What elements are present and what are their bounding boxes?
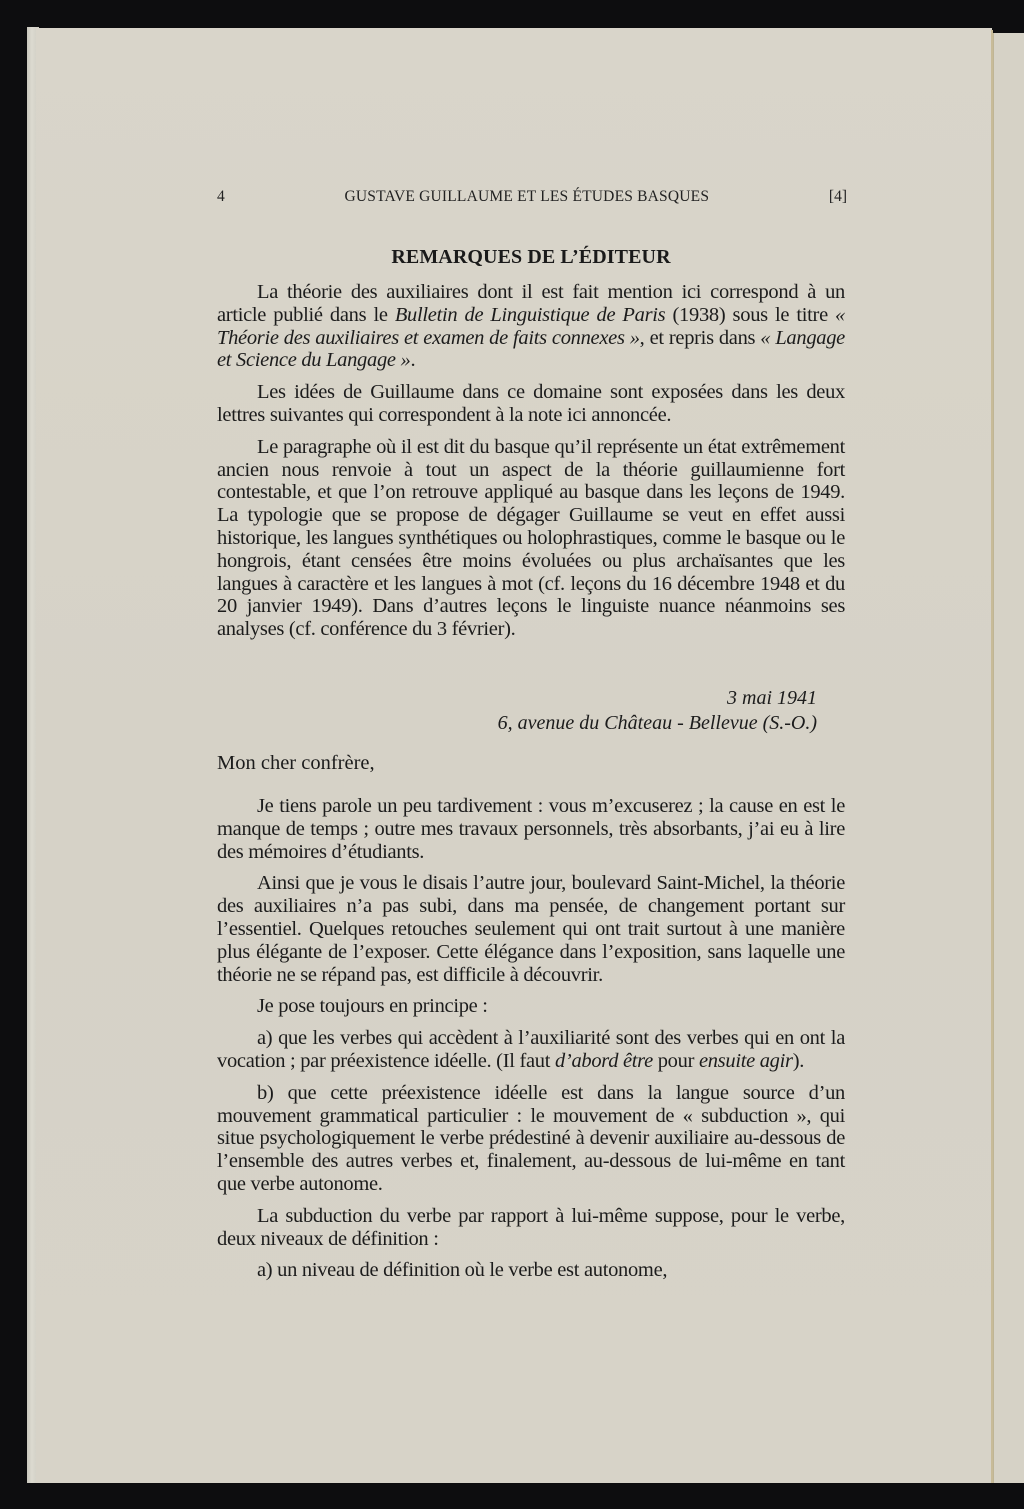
remarks-paragraph-2: Les idées de Guillaume dans ce domaine s… — [217, 381, 845, 427]
emphasis: ensuite agir — [699, 1050, 793, 1072]
letter-paragraph-1: Je tiens parole un peu tardivement : vou… — [217, 795, 845, 863]
remarks-paragraph-1: La théorie des auxiliaires dont il est f… — [217, 281, 845, 372]
letter-paragraph-4: a) que les verbes qui accèdent à l’auxil… — [217, 1027, 845, 1073]
letter-salutation: Mon cher confrère, — [217, 752, 375, 775]
text-span: ). — [793, 1050, 804, 1072]
editor-remarks: La théorie des auxiliaires dont il est f… — [217, 281, 845, 650]
letter-paragraph-7: a) un niveau de définition où le verbe e… — [217, 1259, 845, 1282]
letter-body: Je tiens parole un peu tardivement : vou… — [217, 795, 845, 1291]
text-span: . — [411, 349, 416, 371]
running-head-title: GUSTAVE GUILLAUME ET LES ÉTUDES BASQUES — [345, 188, 710, 206]
letter-paragraph-6: La subduction du verbe par rapport à lui… — [217, 1205, 845, 1251]
remarks-paragraph-3: Le paragraphe où il est dit du basque qu… — [217, 436, 845, 641]
letter-address: 6, avenue du Château - Bellevue (S.-O.) — [217, 711, 817, 736]
page-number: 4 — [217, 188, 225, 206]
text-span: , et repris dans — [640, 327, 761, 349]
running-head: 4 GUSTAVE GUILLAUME ET LES ÉTUDES BASQUE… — [217, 188, 847, 206]
emphasis: d’abord être — [555, 1050, 653, 1072]
adjacent-page-edge — [993, 33, 1024, 1483]
letter-date: 3 mai 1941 — [217, 686, 817, 711]
letter-header: 3 mai 1941 6, avenue du Château - Bellev… — [217, 686, 817, 736]
section-title: REMARQUES DE L’ÉDITEUR — [217, 246, 845, 269]
bracket-page-number: [4] — [829, 188, 847, 206]
text-span: pour — [653, 1050, 699, 1072]
journal-title: Bulletin de Linguistique de Paris — [395, 304, 666, 326]
letter-paragraph-2: Ainsi que je vous le disais l’autre jour… — [217, 872, 845, 986]
letter-paragraph-5: b) que cette préexistence idéelle est da… — [217, 1082, 845, 1196]
text-span: (1938) sous le titre — [665, 304, 835, 326]
letter-paragraph-3: Je pose toujours en principe : — [217, 995, 845, 1018]
